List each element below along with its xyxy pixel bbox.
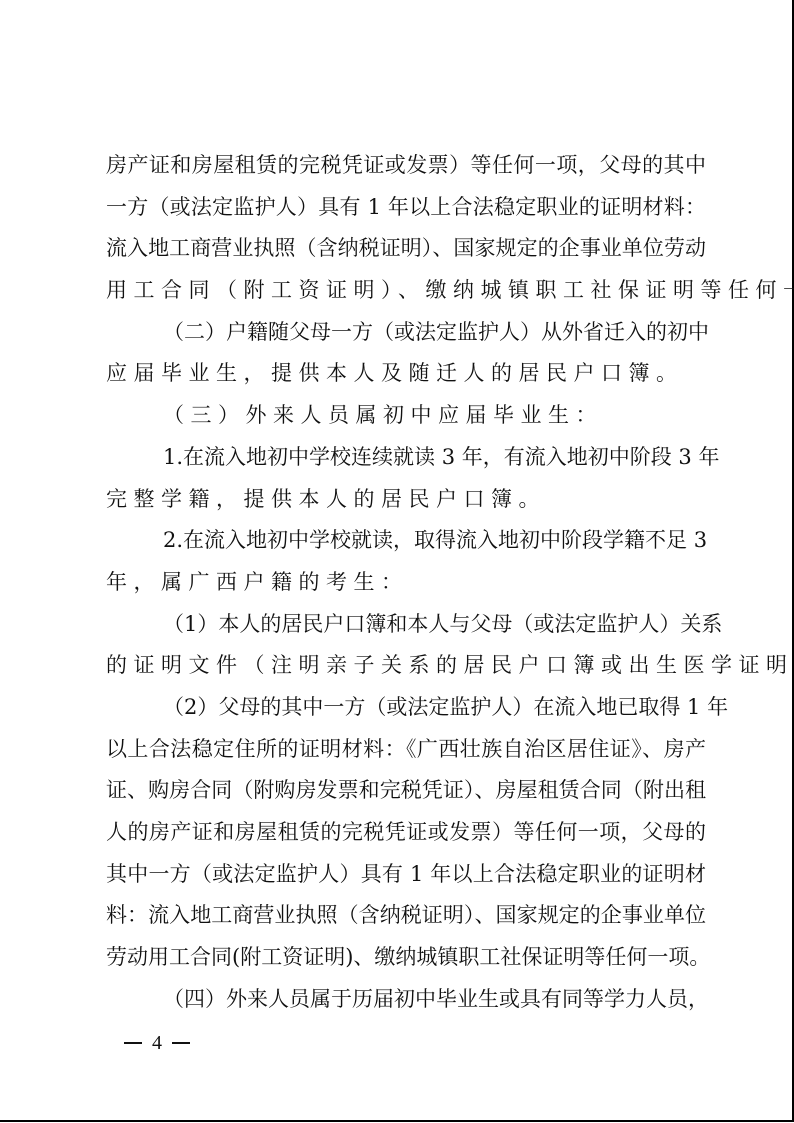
text-line: 人的房产证和房屋租赁的完税凭证或发票）等任何一项，父母的 [106,812,706,854]
em-dash-icon [124,1042,142,1044]
text-line: 完整学籍，提供本人的居民户口簿。 [106,479,706,521]
text-line: 其中一方（或法定监护人）具有 1 年以上合法稳定职业的证明材 [106,854,706,896]
text-line: 流入地工商营业执照（含纳税证明）、国家规定的企事业单位劳动 [106,228,706,270]
text-line: （四）外来人员属于历届初中毕业生或具有同等学力人员， [106,979,706,1021]
body-text: 房产证和房屋租赁的完税凭证或发票）等任何一项，父母的其中 一方（或法定监护人）具… [106,145,706,1020]
text-line: （二）户籍随父母一方（或法定监护人）从外省迁入的初中 [106,312,706,354]
text-line: 房产证和房屋租赁的完税凭证或发票）等任何一项，父母的其中 [106,145,706,187]
document-page: 房产证和房屋租赁的完税凭证或发票）等任何一项，父母的其中 一方（或法定监护人）具… [0,0,794,1122]
text-line: 用工合同（附工资证明）、缴纳城镇职工社保证明等任何一项。 [106,270,706,312]
text-line: 料：流入地工商营业执照（含纳税证明）、国家规定的企事业单位 [106,895,706,937]
text-line: 的证明文件（注明亲子关系的居民户口簿或出生医学证明等）。 [106,645,706,687]
text-line: 一方（或法定监护人）具有 1 年以上合法稳定职业的证明材料： [106,187,706,229]
text-line: 证、购房合同（附购房发票和完税凭证）、房屋租赁合同（附出租 [106,770,706,812]
text-line: 2.在流入地初中学校就读，取得流入地初中阶段学籍不足 3 [106,520,706,562]
page-number-value: 4 [152,1030,162,1056]
text-line: 1.在流入地初中学校连续就读 3 年，有流入地初中阶段 3 年 [106,437,706,479]
text-line: （1）本人的居民户口簿和本人与父母（或法定监护人）关系 [106,604,706,646]
text-line: 以上合法稳定住所的证明材料：《广西壮族自治区居住证》、房产 [106,729,706,771]
page-number: 4 [124,1030,190,1056]
em-dash-icon [172,1042,190,1044]
text-line: 应届毕业生，提供本人及随迁人的居民户口簿。 [106,353,706,395]
text-line: 年，属广西户籍的考生： [106,562,706,604]
text-line: 劳动用工合同(附工资证明)、缴纳城镇职工社保证明等任何一项。 [106,937,706,979]
text-line: （三）外来人员属初中应届毕业生： [106,395,706,437]
text-line: （2）父母的其中一方（或法定监护人）在流入地已取得 1 年 [106,687,706,729]
